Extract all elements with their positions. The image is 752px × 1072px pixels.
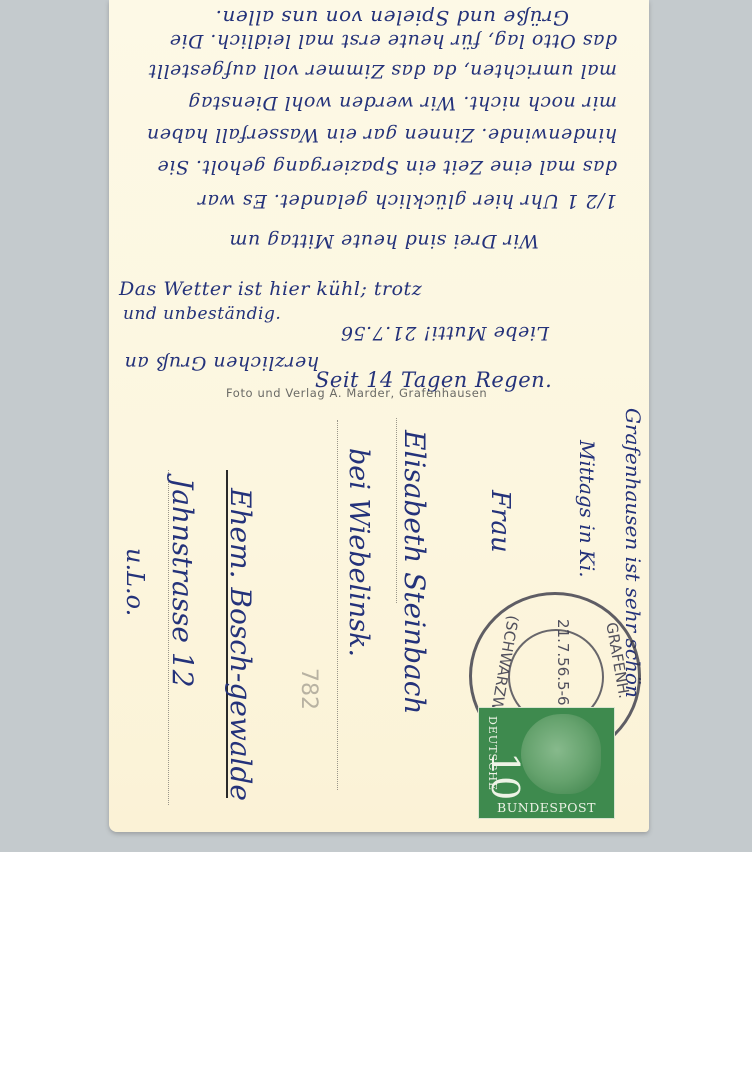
address-line: u.L.o.	[121, 548, 149, 616]
address-line-guide	[396, 418, 397, 603]
salutation: Liebe Mutti! 21.7.56	[119, 322, 549, 344]
postmark-date: 21.7.56.5-6N	[554, 619, 572, 717]
publisher-imprint: Foto und Verlag A. Marder, Grafenhausen	[226, 386, 487, 400]
address-line: Frau	[485, 490, 515, 553]
postmark-place: GRAFENH.	[602, 621, 633, 700]
message-line: hindenwinde. Zinnen gar ein Wasserfall h…	[117, 124, 617, 146]
side-note: Mittags in Ki.	[575, 440, 599, 578]
address-line: Elisabeth Steinbach	[398, 430, 431, 714]
message-line: 1/2 1 Uhr hier glücklich gelandet. Es wa…	[117, 190, 617, 212]
stamp-issuer: BUNDESPOST	[479, 800, 614, 815]
message-line: mir noch nicht. Wir werden wohl Dienstag	[117, 92, 617, 114]
message-line: Wir Drei sind heute Mittag um	[139, 230, 539, 252]
message-line: das mal eine Zeit ein Spaziergang geholt…	[117, 156, 617, 178]
portrait-icon	[521, 714, 601, 794]
address-line: Ehem. Bosch-gewalde	[224, 488, 257, 801]
address-line: bei Wiebelinsk.	[343, 448, 374, 657]
stamp-value: 10	[483, 752, 527, 800]
postcard-back: Grüße und Spielen von uns allen. das Ott…	[109, 0, 649, 832]
message-line: Grüße und Spielen von uns allen.	[149, 6, 569, 30]
message-line: mal umrichten, da das Zimmer voll aufges…	[117, 60, 617, 82]
message-line-upright: Das Wetter ist hier kühl; trotz	[119, 278, 422, 300]
pencil-note: 782	[296, 668, 321, 710]
address-line: Jahnstrasse 12	[166, 478, 199, 688]
address-line-guide	[337, 420, 338, 790]
message-line: herzlichen Gruß an	[129, 352, 319, 374]
message-line: das Otto lag, für heute erst mal leidlic…	[117, 30, 617, 52]
postage-stamp: DEUTSCHE 10 BUNDESPOST	[478, 707, 615, 819]
message-line-upright: und unbeständig.	[123, 304, 281, 324]
